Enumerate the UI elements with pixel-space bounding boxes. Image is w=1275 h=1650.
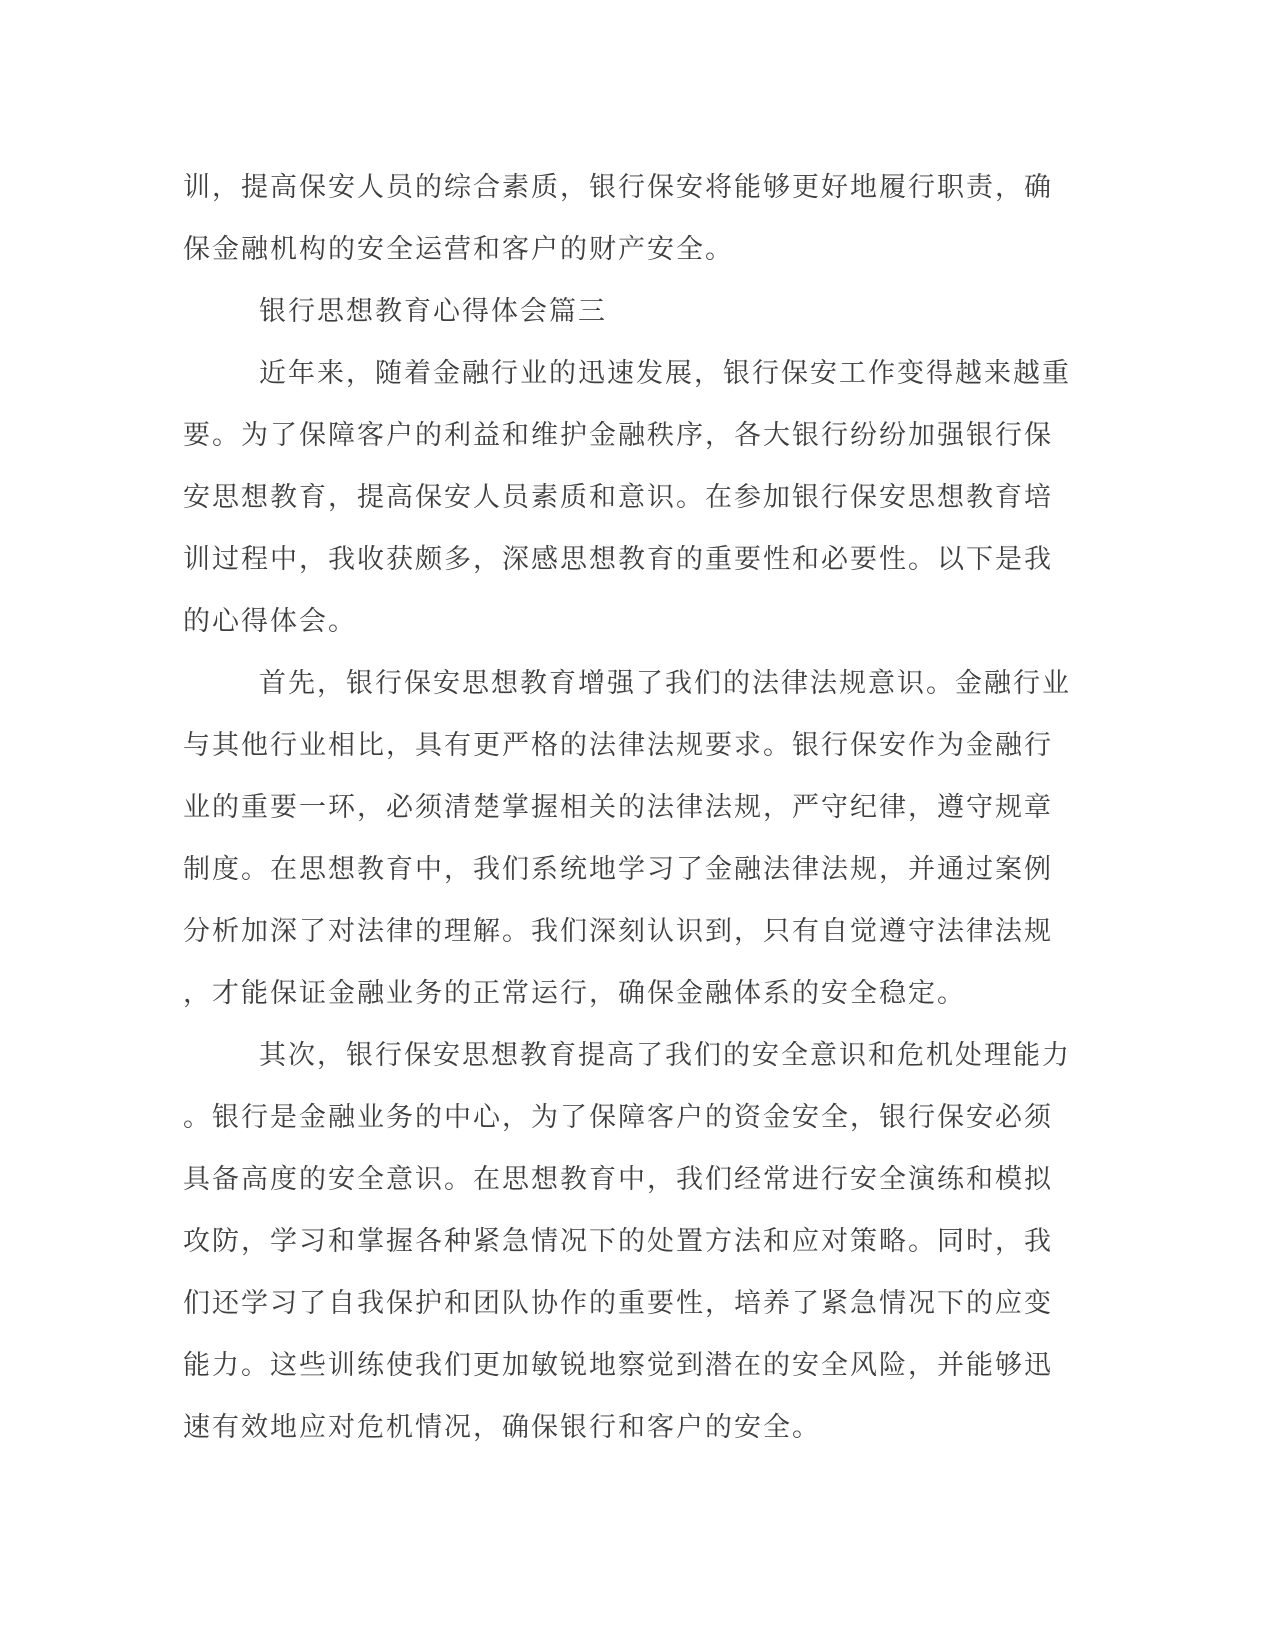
document-page: 训，提高保安人员的综合素质，银行保安将能够更好地履行职责，确 保金融机构的安全运… xyxy=(0,0,1275,1650)
text-line: 训，提高保安人员的综合素质，银行保安将能够更好地履行职责，确 xyxy=(183,156,1093,218)
text-line: 其次，银行保安思想教育提高了我们的安全意识和危机处理能力 xyxy=(183,1024,1093,1086)
text-line: 分析加深了对法律的理解。我们深刻认识到，只有自觉遵守法律法规 xyxy=(183,900,1093,962)
text-line: ，才能保证金融业务的正常运行，确保金融体系的安全稳定。 xyxy=(183,962,1093,1024)
text-line: 业的重要一环，必须清楚掌握相关的法律法规，严守纪律，遵守规章 xyxy=(183,776,1093,838)
text-line: 们还学习了自我保护和团队协作的重要性，培养了紧急情况下的应变 xyxy=(183,1272,1093,1334)
text-line: 训过程中，我收获颇多，深感思想教育的重要性和必要性。以下是我 xyxy=(183,528,1093,590)
text-line: 近年来，随着金融行业的迅速发展，银行保安工作变得越来越重 xyxy=(183,342,1093,404)
text-line: 保金融机构的安全运营和客户的财产安全。 xyxy=(183,218,1093,280)
text-line: 安思想教育，提高保安人员素质和意识。在参加银行保安思想教育培 xyxy=(183,466,1093,528)
text-line: 攻防，学习和掌握各种紧急情况下的处置方法和应对策略。同时，我 xyxy=(183,1210,1093,1272)
text-line: 具备高度的安全意识。在思想教育中，我们经常进行安全演练和模拟 xyxy=(183,1148,1093,1210)
document-text-block: 训，提高保安人员的综合素质，银行保安将能够更好地履行职责，确 保金融机构的安全运… xyxy=(183,156,1093,1458)
text-line: 要。为了保障客户的利益和维护金融秩序，各大银行纷纷加强银行保 xyxy=(183,404,1093,466)
text-line: 的心得体会。 xyxy=(183,590,1093,652)
text-line: 。银行是金融业务的中心，为了保障客户的资金安全，银行保安必须 xyxy=(183,1086,1093,1148)
text-line: 制度。在思想教育中，我们系统地学习了金融法律法规，并通过案例 xyxy=(183,838,1093,900)
text-line: 能力。这些训练使我们更加敏锐地察觉到潜在的安全风险，并能够迅 xyxy=(183,1334,1093,1396)
text-line: 速有效地应对危机情况，确保银行和客户的安全。 xyxy=(183,1396,1093,1458)
text-line: 与其他行业相比，具有更严格的法律法规要求。银行保安作为金融行 xyxy=(183,714,1093,776)
text-line: 首先，银行保安思想教育增强了我们的法律法规意识。金融行业 xyxy=(183,652,1093,714)
section-heading: 银行思想教育心得体会篇三 xyxy=(183,280,1093,342)
